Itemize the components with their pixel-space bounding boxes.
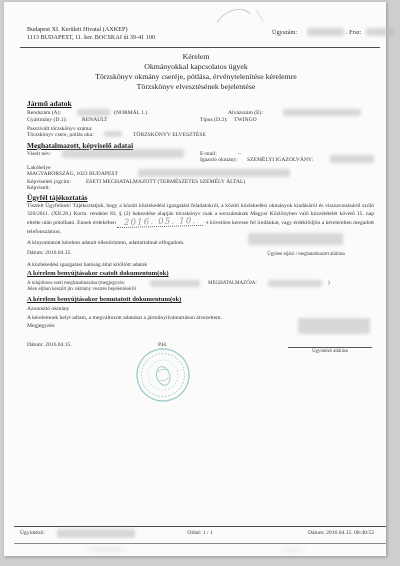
header-divider [20,47,380,48]
plate-label: Rendszám (A): [27,110,61,116]
id-doc-number-redacted [330,155,374,163]
reason-redacted [104,131,122,137]
chassis-redacted [283,109,361,116]
agent-name-label: Viselt név: [27,151,51,157]
residence-redacted [138,169,290,177]
applicant-signature-caption: Ügyben eljáró / meghatalmazott aláírása [240,252,372,257]
id-doc-label: Igazoló okmány: [200,157,238,163]
section-vehicle-heading: Jármű adatok [27,99,72,108]
confirm-statement: A kinyomtatott kérelem adatait ellenőriz… [27,240,185,246]
attached-doc-note-redacted [150,280,200,287]
frsz-redacted [366,28,394,36]
footer-date: Dátum: 2016.04.15. 08:40:52 [270,530,374,536]
handwritten-date: 2016. 05. 10. [117,217,204,228]
footer-clerk-redacted [57,529,135,538]
section-presented-docs-heading: A kérelem benyújtásakor bemutatott dokum… [27,296,181,303]
agent-name-redacted [62,149,184,158]
representation-value: ESETI MEGHATALMAZOTT (TERMÉSZETES SZEMÉL… [86,179,245,185]
info-paragraph: Tisztelt Ügyfelünk! Tájékoztatjuk, hogy … [27,202,374,236]
case-number-label: Ügyszám: [272,29,297,36]
authority-filled-note: A közlekedési igazgatási hatóság által k… [27,262,147,268]
footer-bottom-divider [14,543,386,544]
email-value: – [238,151,241,157]
case-number-redacted [307,28,344,36]
attached-doc-2: Jelen eljban készült jkv okmány vesztés … [27,287,136,293]
section-info-heading: Ügyfél tájékoztatás [27,193,88,202]
plate-redacted [77,109,110,116]
type-label: Típus (D.2): [200,117,228,123]
attached-doc-1-before: A tulajdonos eseti meghatalmazása (megje… [27,281,125,287]
authority-date: Dátum: 2016.04.15. [27,342,72,348]
principal-name-redacted [268,280,322,287]
footer-top-divider [14,526,386,527]
scan-pen-mark-artifact [214,5,266,29]
form-title: Kérelem [0,52,392,61]
chassis-label: Alvázszám (E): [228,110,263,116]
reason-label: Törzskönyv csere, pótlás oka: [27,132,94,138]
plate-suffix: (NORMÁL 1.) [114,110,147,116]
reason-value: TÖRZSKÖNYV ELVESZTÉSE [133,132,206,138]
type-value: TWINGO [234,117,257,123]
attached-doc-1-mid: MEGHATALMAZÓJA: [208,281,257,287]
applicant-signature-redacted [248,233,343,245]
id-doc-value: SZEMÉLYI IGAZOLVÁNY: [247,157,313,163]
make-value: RENAULT [82,117,108,123]
residence-value: MAGYARORSZÁG, 1023 BUDAPEST [27,171,118,177]
clerk-signature-caption: Ügyintéző aláírása [288,349,372,354]
form-subtitle-2: Törzskönyv okmány cseréje, pótlása, érvé… [0,72,392,81]
form-subtitle-1: Okmányokkal kapcsolatos ügyek [0,62,392,71]
note-label: Megjegyzés: [27,323,56,329]
make-label: Gyártmány (D.1): [27,117,67,123]
office-address: 1113 BUDAPEST, 11. ker. BOCSKAI út 39-41… [27,34,155,41]
scan-smudge-artifact [280,547,306,553]
clerk-signature-redacted [298,318,370,334]
applicant-date: Dátum: 2016.04.15. [27,250,72,256]
footer-page-number: Oldal: 1 / 1 [150,530,250,536]
section-attached-docs-heading: A kérelem benyújtásakor csatolt dokument… [27,270,169,277]
attached-doc-1-after: ) [328,281,330,287]
office-name: Budapest XI. Kerületi Hivatal (AXKEP) [27,26,128,33]
scan-smudge-artifact [86,546,126,553]
represented-label: Képviselt: [27,185,50,191]
footer-clerk-label: Ügyintéző: [20,530,45,536]
scanned-document: Budapest XI. Kerületi Hivatal (AXKEP) 11… [0,0,400,566]
clerk-signature-line [288,347,372,348]
presented-doc-1: Azonosító okmány [27,306,69,312]
approval-statement: A kérelemnek helyt adtam, a megváltozott… [27,315,222,321]
form-subtitle-3: Törzskönyv elvesztésének bejelentése [0,82,392,91]
frsz-label: . Frsz: [346,29,361,36]
